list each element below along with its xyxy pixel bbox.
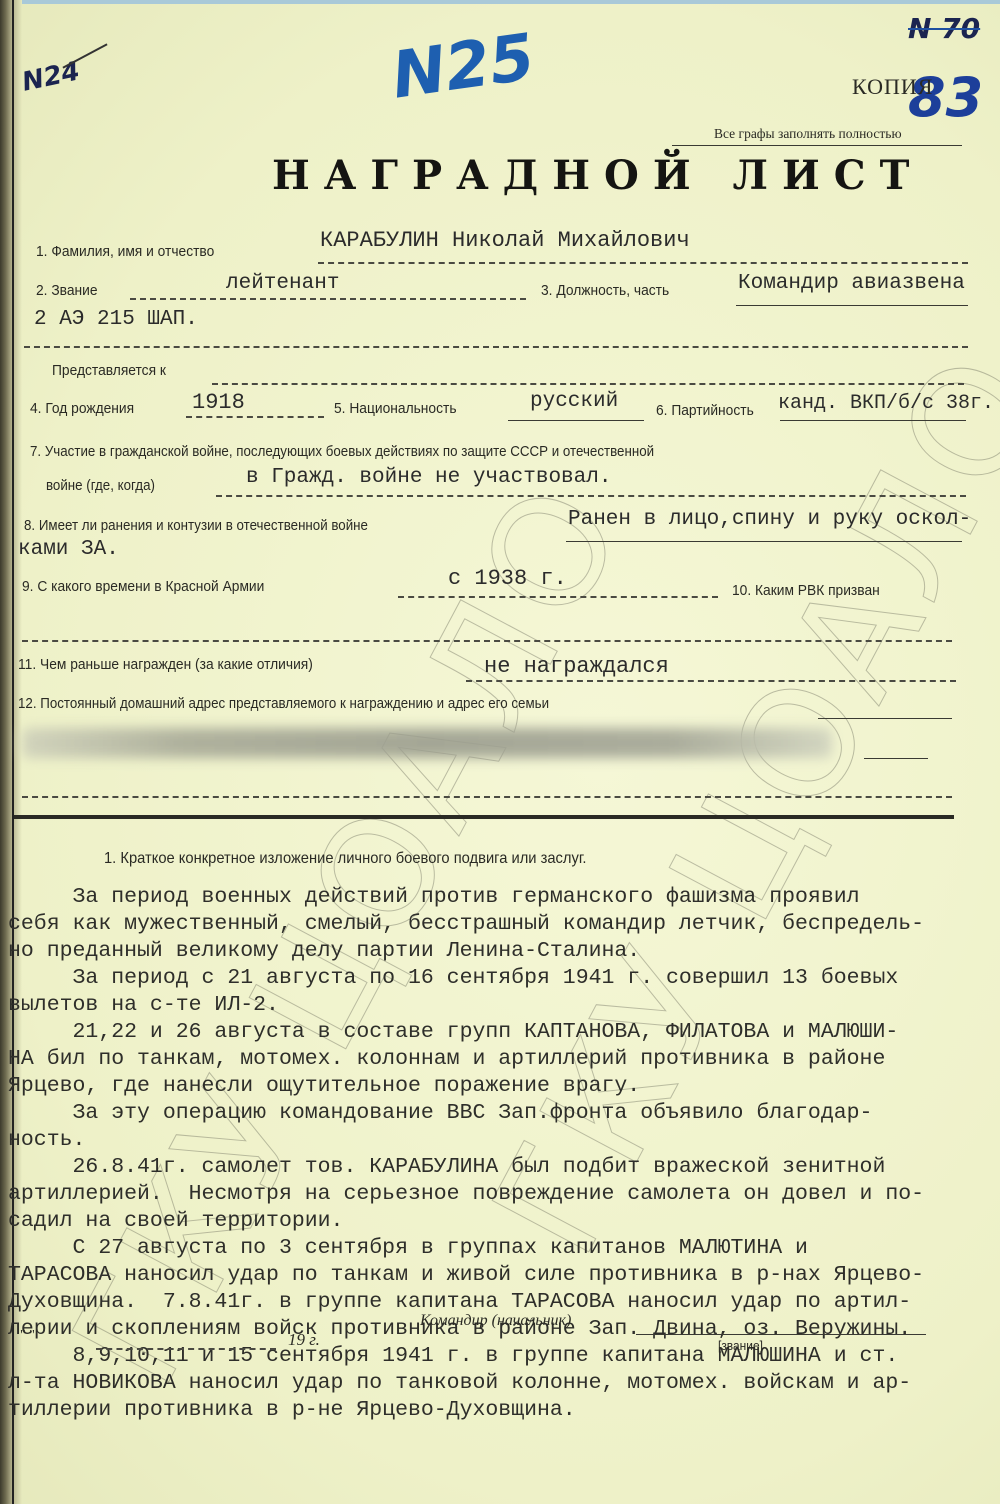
field-9-label: 9. С какого времени в Красной Армии <box>22 578 264 595</box>
narrative-line: За период военных действий против герман… <box>8 884 924 911</box>
narrative-line: За эту операцию командование ВВС Зап.фро… <box>8 1100 924 1127</box>
narrative-line: ность. <box>8 1127 924 1154</box>
field-3-label: 3. Должность, часть <box>541 282 669 299</box>
field-4-label: 4. Год рождения <box>30 400 134 417</box>
presented-line <box>212 383 964 385</box>
field-12-line <box>818 718 952 719</box>
instruction-underline <box>672 145 962 146</box>
merit-narrative: За период военных действий против герман… <box>8 884 924 1424</box>
field-4-line <box>186 416 324 418</box>
narrative-line: но преданный великому делу партии Ленина… <box>8 938 924 965</box>
field-9-value: с 1938 г. <box>448 566 567 591</box>
field-9-line <box>398 596 718 598</box>
stamp-number-crossed: N 70 <box>908 12 980 45</box>
field-3-line <box>736 305 968 306</box>
field-3-line-2 <box>24 346 968 348</box>
award-sheet-page: ГКУ ЦОАЛО ГКУ ЦОАЛО N24 N25 N 70 83 КОПИ… <box>0 0 1000 1504</box>
footer-date-line <box>96 1348 276 1350</box>
redacted-address <box>22 728 832 758</box>
field-3-value-continued: 2 АЭ 215 ШАП. <box>34 308 198 331</box>
field-2-value: лейтенант <box>226 272 339 295</box>
narrative-line: тиллерии противника в р-не Ярцево-Духовщ… <box>8 1397 924 1424</box>
commander-label: Командир (начальник) <box>420 1312 571 1330</box>
field-2-line <box>130 298 526 300</box>
field-1-label: 1. Фамилия, имя и отчество <box>36 243 214 260</box>
presented-label: Представляется к <box>52 362 166 379</box>
stamp-number-center: N25 <box>388 20 540 113</box>
field-11-line <box>466 680 956 682</box>
field-6-line <box>780 420 966 421</box>
field-1-value: КАРАБУЛИН Николай Михайлович <box>320 228 690 253</box>
footer-year: 19 г. <box>288 1330 320 1350</box>
page-title: НАГРАДНОЙ ЛИСТ <box>272 152 923 199</box>
section-divider <box>14 815 954 819</box>
narrative-line: НА бил по танкам, мотомех. колоннам и ар… <box>8 1046 924 1073</box>
field-12-line-2 <box>864 758 928 759</box>
narrative-line: артиллерией. Несмотря на серьезное повре… <box>8 1181 924 1208</box>
field-5-label: 5. Национальность <box>334 400 457 417</box>
field-7-label-continued: войне (где, когда) <box>46 478 155 494</box>
field-8-label: 8. Имеет ли ранения и контузии в отечест… <box>24 518 368 534</box>
narrative-line: л-та НОВИКОВА наносил удар по танковой к… <box>8 1370 924 1397</box>
field-11-value: не награждался <box>484 654 669 679</box>
commander-signature-line <box>636 1334 926 1335</box>
field-7-value: в Гражд. войне не участвовал. <box>246 466 611 489</box>
field-6-value: канд. ВКП/б/с 38г. <box>778 392 994 415</box>
rank-label: [звание] <box>718 1338 763 1353</box>
field-4-value: 1918 <box>192 390 245 415</box>
field-12-line-3 <box>22 796 952 798</box>
narrative-line: вылетов на с-те ИЛ-2. <box>8 992 924 1019</box>
scan-edge <box>22 0 1000 4</box>
narrative-line: Ярцево, где нанесли ощутительное поражен… <box>8 1073 924 1100</box>
narrative-line: За период с 21 августа по 16 сентября 19… <box>8 965 924 992</box>
field-7-label: 7. Участие в гражданской войне, последую… <box>30 444 654 460</box>
narrative-line: садил на своей территории. <box>8 1208 924 1235</box>
footer-date: " " <box>20 1328 35 1344</box>
field-7-line <box>216 495 966 497</box>
narrative-line: себя как мужественный, смелый, бесстрашн… <box>8 911 924 938</box>
narrative-line: 21,22 и 26 августа в составе групп КАПТА… <box>8 1019 924 1046</box>
stamp-number-left-stroke <box>62 43 107 68</box>
field-11-label: 11. Чем раньше награжден (за какие отлич… <box>18 656 313 673</box>
copy-label: КОПИЯ <box>852 74 933 100</box>
field-10-label: 10. Каким РВК призван <box>732 582 880 599</box>
field-1-line <box>318 262 968 264</box>
field-12-label: 12. Постоянный домашний адрес представля… <box>18 696 549 712</box>
field-8-value-continued: ками ЗА. <box>18 538 119 561</box>
field-10-line <box>22 640 952 642</box>
instruction-text: Все графы заполнять полностью <box>714 126 902 142</box>
narrative-line: С 27 августа по 3 сентября в группах кап… <box>8 1235 924 1262</box>
field-6-label: 6. Партийность <box>656 402 754 419</box>
field-2-label: 2. Звание <box>36 282 98 299</box>
field-5-line <box>508 420 644 421</box>
narrative-line: 26.8.41г. самолет тов. КАРАБУЛИНА был по… <box>8 1154 924 1181</box>
field-3-value: Командир авиазвена <box>738 272 965 295</box>
field-8-line <box>566 541 962 542</box>
narrative-line: ТАРАСОВА наносил удар по танкам и живой … <box>8 1262 924 1289</box>
field-8-value: Ранен в лицо,спину и руку оскол- <box>568 508 971 531</box>
field-5-value: русский <box>530 390 618 413</box>
section-heading: 1. Краткое конкретное изложение личного … <box>104 850 587 868</box>
